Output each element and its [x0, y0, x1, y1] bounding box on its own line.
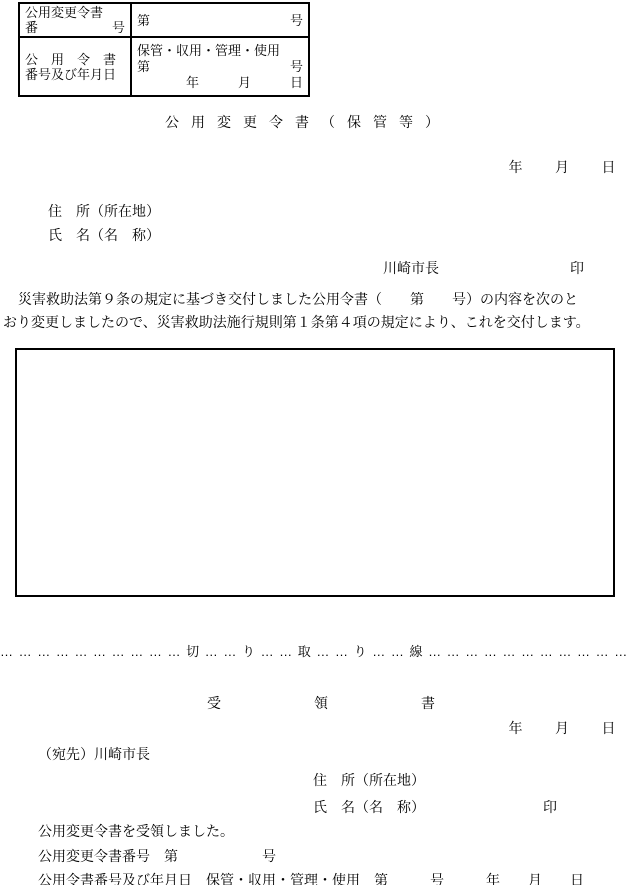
- table-row: 公用変更令書 番 号 第 号: [19, 3, 309, 37]
- receipt-address-label: 住 所（所在地）: [313, 770, 425, 790]
- order-label-line1: 公 用 令 書: [25, 52, 125, 67]
- receipt-title: 受領書: [207, 693, 528, 713]
- order-number-date-label-cell: 公 用 令 書 番号及び年月日: [19, 37, 131, 96]
- number-blank-line: 第 号: [137, 13, 303, 28]
- receipt-seal-mark: 印: [543, 797, 557, 817]
- change-order-number-label-cell: 公用変更令書 番 号: [19, 3, 131, 37]
- receipt-statement: 公用変更令書を受領しました。: [38, 821, 234, 841]
- number-suffix: 号: [290, 13, 303, 28]
- change-order-number-label-line2: 番 号: [25, 20, 125, 35]
- issue-date-line: 年 月 日: [509, 157, 618, 177]
- body-paragraph-line1: 災害救助法第９条の規定に基づき交付しました公用令書（ 第 号）の内容を次のと: [18, 289, 578, 309]
- issuer-name: 川崎市長: [383, 258, 439, 278]
- form-sheet: 公用変更令書 番 号 第 号 公 用 令 書 番号及び年月日 保管・収用・管理・…: [0, 0, 628, 885]
- page-title: 公用変更令書（保管等）: [165, 112, 451, 132]
- address-label: 住 所（所在地）: [48, 201, 160, 221]
- name-label: 氏 名（名 称）: [48, 225, 160, 245]
- receipt-date-line: 年 月 日: [509, 718, 618, 738]
- receipt-change-order-number-line: 公用変更令書番号 第 号: [38, 846, 276, 866]
- label-go: 号: [112, 20, 125, 35]
- body-paragraph-line2: おり変更しましたので、災害救助法施行規則第１条第４項の規定により、これを交付しま…: [3, 312, 590, 332]
- receipt-name-label: 氏 名（名 称）: [313, 797, 425, 817]
- number-prefix: 第: [137, 59, 150, 74]
- seal-mark: 印: [570, 258, 584, 278]
- receipt-order-number-date-line: 公用令書番号及び年月日 保管・収用・管理・使用 第 号 年 月 日: [38, 870, 584, 885]
- label-ban: 番: [25, 20, 38, 35]
- change-order-number-label-line1: 公用変更令書: [25, 5, 125, 20]
- cut-here-line: … … … … … … … … … … 切 … … り … … 取 … … り …: [0, 641, 628, 660]
- order-number-table: 公用変更令書 番 号 第 号 公 用 令 書 番号及び年月日 保管・収用・管理・…: [18, 2, 310, 97]
- table-row: 公 用 令 書 番号及び年月日 保管・収用・管理・使用 第 号 年 月 日: [19, 37, 309, 96]
- order-number-blank-line: 第 号: [137, 59, 303, 74]
- order-number-date-value-cell: 保管・収用・管理・使用 第 号 年 月 日: [131, 37, 309, 96]
- number-prefix: 第: [137, 13, 150, 28]
- order-type-options: 保管・収用・管理・使用: [137, 42, 303, 59]
- number-suffix: 号: [290, 59, 303, 74]
- change-order-number-value-cell: 第 号: [131, 3, 309, 37]
- order-label-line2: 番号及び年月日: [25, 67, 125, 82]
- order-date-blank-line: 年 月 日: [137, 74, 303, 91]
- change-details-box: [15, 348, 615, 597]
- receipt-addressee: （宛先）川崎市長: [38, 744, 150, 764]
